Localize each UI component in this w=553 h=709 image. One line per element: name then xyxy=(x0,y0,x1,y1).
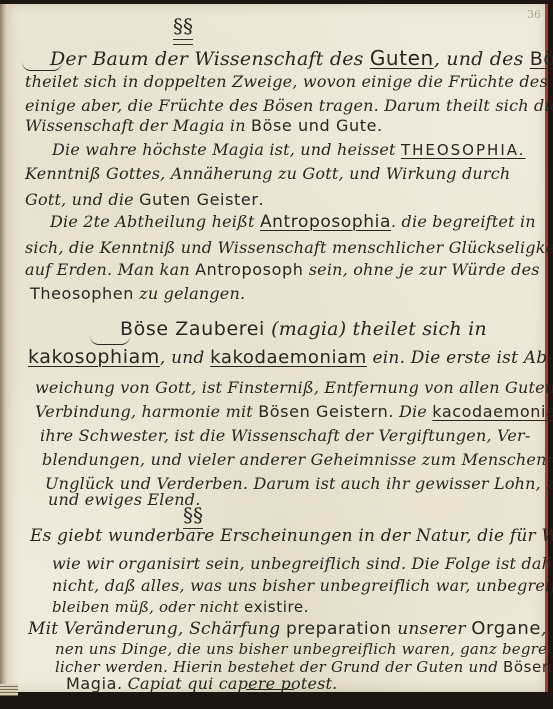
manuscript-line: wie wir organisirt sein, unbegreiflich s… xyxy=(52,556,553,572)
manuscript-line: weichung von Gott, ist Finsterniß, Entfe… xyxy=(35,380,553,396)
end-flourish xyxy=(246,689,294,694)
manuscript-line: Theosophen zu gelangen. xyxy=(30,286,245,302)
section-underline xyxy=(173,39,193,45)
book-binding xyxy=(0,4,8,692)
emphasized-word: Böse und Gute xyxy=(251,116,377,135)
latin-term: existire xyxy=(244,598,304,616)
manuscript-line: Die wahre höchste Magia ist, und heisset… xyxy=(52,142,526,158)
section-mark: §§ xyxy=(173,14,193,45)
emphasized-word: Bösen xyxy=(503,658,552,676)
manuscript-line: Mit Veränderung, Schärfung preparation u… xyxy=(28,620,553,638)
manuscript-line: Kenntniß Gottes, Annäherung zu Gott, und… xyxy=(25,166,510,182)
manuscript-line: auf Erden. Man kan Antroposoph sein, ohn… xyxy=(25,262,540,278)
emphasized-word: kakodaemoniam xyxy=(210,347,367,368)
emphasized-word: kakosophiam xyxy=(28,346,160,368)
latin-term: Magia xyxy=(173,116,225,135)
latin-term: Magia xyxy=(66,674,117,693)
emphasized-word: Theosophen xyxy=(30,284,134,303)
manuscript-line: Verbindung, harmonie mit Bösen Geistern.… xyxy=(35,404,553,420)
page-stack-edge xyxy=(0,684,18,696)
manuscript-line: licher werden. Hierin bestehet der Grund… xyxy=(55,660,553,675)
manuscript-line: nen uns Dinge, die uns bisher unbegreifl… xyxy=(55,642,553,657)
page-number: 36 xyxy=(527,8,541,21)
section-symbol: §§ xyxy=(183,503,203,527)
manuscript-line: Der Baum der Wissenschaft des Guten, und… xyxy=(50,48,553,69)
manuscript-line: ihre Schwester, ist die Wissenschaft der… xyxy=(40,428,530,444)
manuscript-line: Die 2te Abtheilung heißt Antroposophia. … xyxy=(50,214,536,231)
manuscript-line: theilet sich in doppelten Zweige, wovon … xyxy=(25,74,553,90)
manuscript-line: Wissenschaft der Magia in Böse und Gute. xyxy=(25,118,382,134)
manuscript-line: Böse Zauberei (magia) theilet sich in xyxy=(120,320,487,339)
emphasized-word: Guten xyxy=(370,46,434,70)
manuscript-line: blendungen, und vieler anderer Geheimnis… xyxy=(42,452,553,468)
emphasized-word: THEOSOPHIA. xyxy=(401,141,526,159)
manuscript-line: Magia. Capiat qui capere potest. xyxy=(66,676,337,692)
latin-term: Organe xyxy=(471,618,541,639)
section-symbol: §§ xyxy=(173,14,193,38)
manuscript-line: bleiben müß, oder nicht existire. xyxy=(52,600,309,615)
manuscript-line: einige aber, die Früchte des Bösen trage… xyxy=(25,98,553,114)
emphasized-word: kacodaemonia xyxy=(432,402,553,421)
latin-term: Magia xyxy=(212,140,264,159)
manuscript-line: Es giebt wunderbare Erscheinungen in der… xyxy=(30,528,553,545)
manuscript-line: sich, die Kenntniß und Wissenschaft mens… xyxy=(25,240,553,256)
emphasized-word: Guten Geister xyxy=(139,190,258,209)
emphasized-word: Bösen xyxy=(530,48,553,70)
manuscript-line: Gott, und die Guten Geister. xyxy=(25,192,264,208)
emphasized-word: Antroposophia xyxy=(260,212,391,232)
latin-term: preparation xyxy=(286,619,392,639)
manuscript-line: kakosophiam, und kakodaemoniam ein. Die … xyxy=(28,348,553,367)
manuscript-line: nicht, daß alles, was uns bisher unbegre… xyxy=(52,578,553,594)
emphasized-word: Antroposoph xyxy=(195,260,303,279)
latin-term: magia xyxy=(279,318,339,340)
emphasized-word: Böse Zauberei xyxy=(120,318,265,340)
emphasized-word: Guten xyxy=(416,658,463,676)
latin-motto: Capiat qui capere potest xyxy=(128,674,333,693)
manuscript-line: und ewiges Elend. xyxy=(48,492,201,508)
emphasized-word: Erscheinungen xyxy=(220,526,353,546)
emphasized-word: Bösen Geistern xyxy=(258,402,388,421)
